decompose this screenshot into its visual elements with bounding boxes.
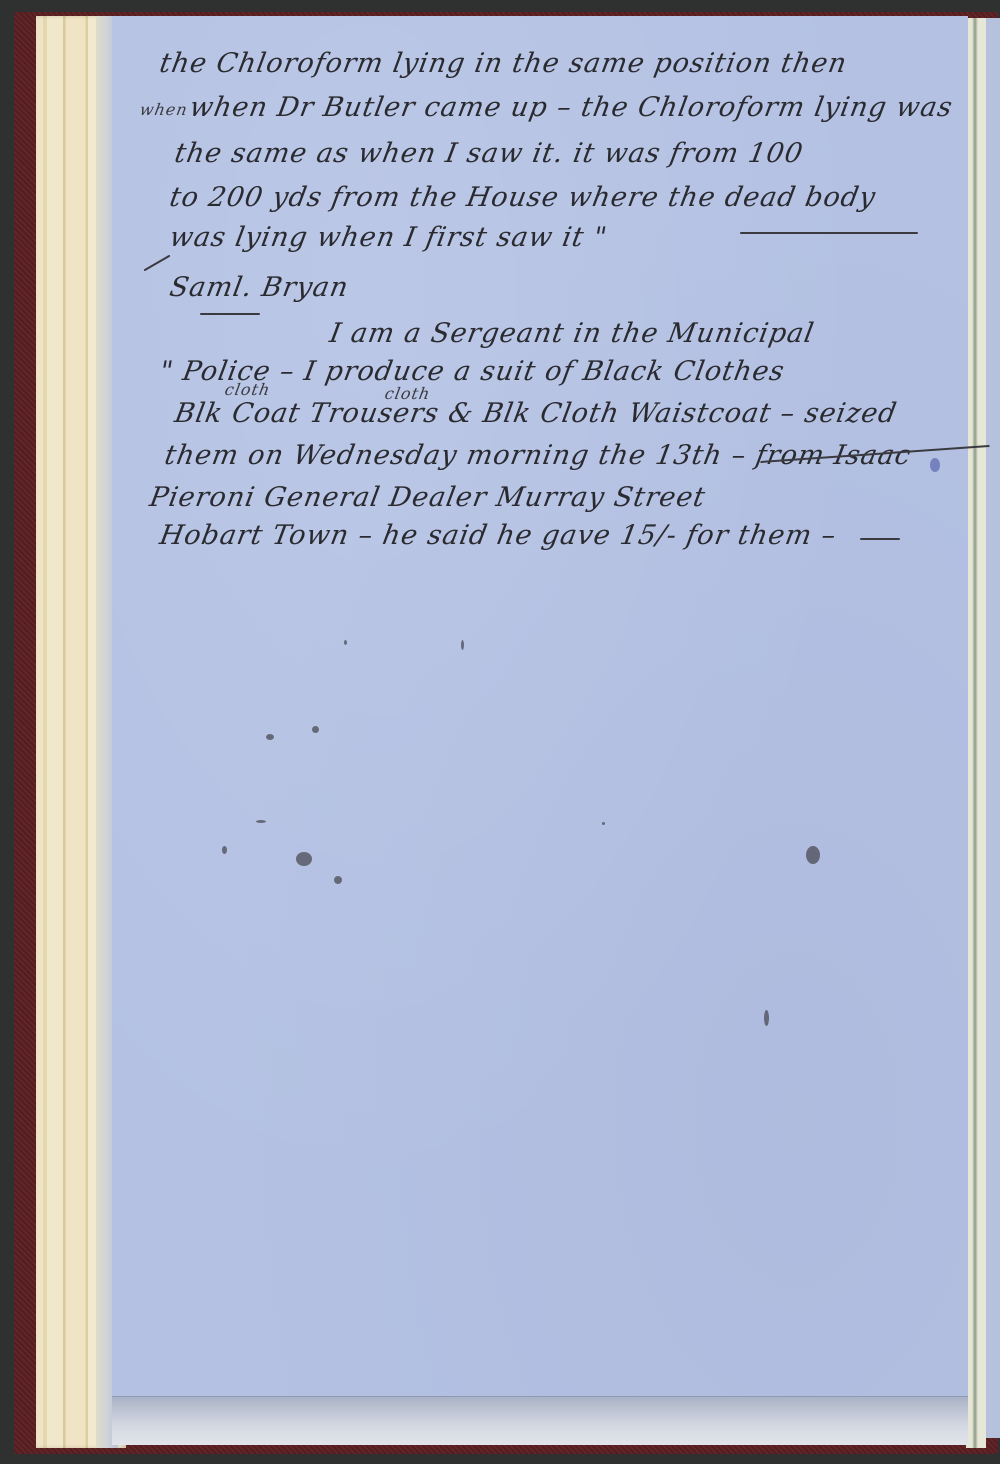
handwritten-line: Blk Coat Trousers & Blk Cloth Waistcoat …	[172, 398, 899, 429]
interlinear-note: cloth	[223, 380, 272, 399]
ink-speck	[256, 820, 266, 823]
ink-speck	[312, 726, 319, 733]
page-bottom-edge	[112, 1396, 968, 1445]
ink-speck	[296, 852, 312, 866]
heading-underline	[200, 313, 260, 315]
end-mark	[860, 538, 900, 540]
ink-speck	[602, 822, 605, 825]
ink-speck	[806, 846, 820, 864]
witness-name: Saml. Bryan	[167, 272, 351, 303]
facing-page-edge	[986, 18, 1000, 1438]
book-gutter	[966, 18, 986, 1448]
handwritten-line: Pieroni General Dealer Murray Street	[147, 482, 708, 513]
ink-speck	[461, 640, 464, 650]
closing-flourish	[740, 232, 918, 234]
ink-blot	[930, 458, 940, 472]
ink-speck	[344, 640, 347, 645]
ink-speck	[266, 734, 274, 740]
handwritten-line: was lying when I first saw it "	[167, 222, 610, 253]
handwritten-line: to 200 yds from the House where the dead…	[167, 182, 878, 213]
margin-note: when	[138, 100, 189, 119]
handwritten-line: I am a Sergeant in the Municipal	[327, 318, 816, 349]
handwritten-line: when Dr Butler came up – the Chloroform …	[187, 92, 955, 123]
handwritten-line: Hobart Town – he said he gave 15/- for t…	[157, 520, 839, 551]
handwritten-line: the Chloroform lying in the same positio…	[157, 48, 849, 79]
ink-speck	[764, 1010, 769, 1026]
ink-speck	[334, 876, 342, 884]
handwritten-line: the same as when I saw it. it was from 1…	[172, 138, 806, 169]
handwritten-line: them on Wednesday morning the 13th – fro…	[162, 440, 914, 471]
ink-speck	[222, 846, 227, 854]
